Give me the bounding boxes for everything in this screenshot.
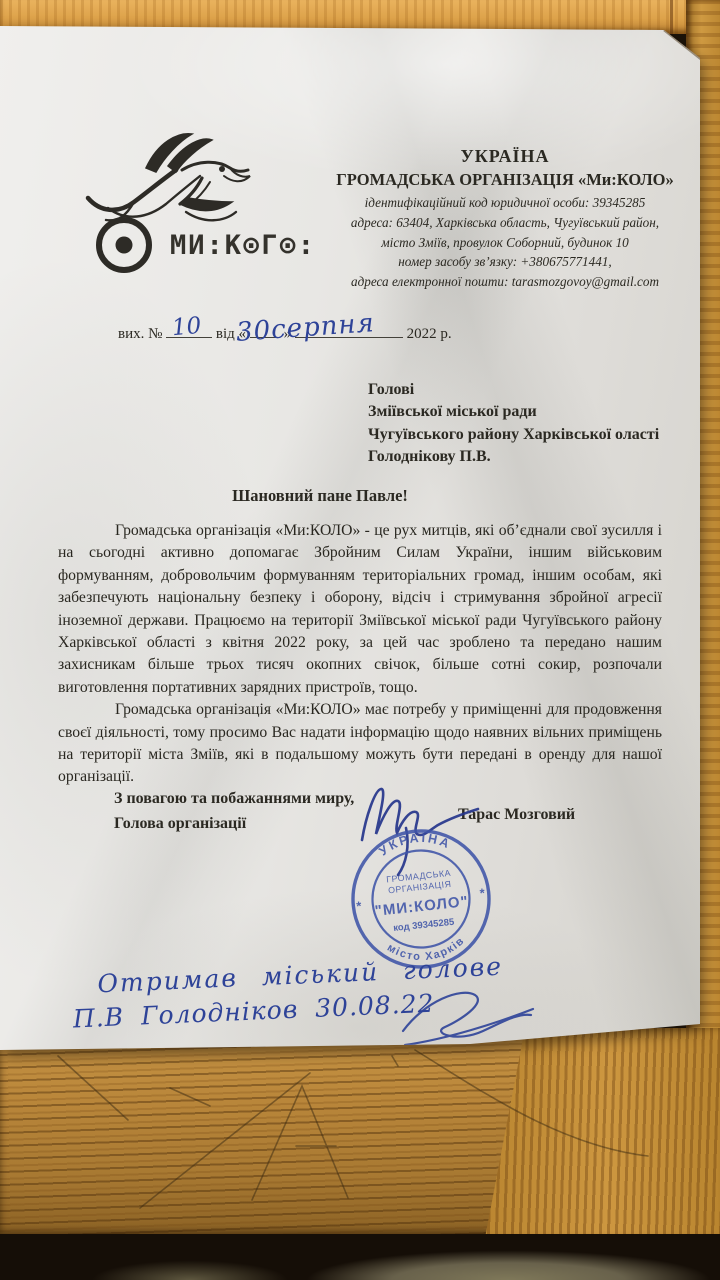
stamp-arc-top-text: УКРАЇНА (375, 827, 455, 860)
handwritten-ref-number: 10 (171, 313, 202, 341)
photo-of-letter-on-table: МИ:К⊙Г⊙: УКРАЇНА ГРОМАДСЬКА ОРГАНІЗАЦІЯ … (0, 0, 720, 1280)
closing-title: Голова організації (114, 811, 354, 836)
stamp-star-right: * (479, 885, 487, 901)
paper-fold-corner (652, 26, 706, 64)
org-logo-runic-text: МИ:К⊙Г⊙: (170, 230, 316, 261)
handwritten-date: 30серпня (235, 308, 376, 348)
letterhead-detail-line: ідентифікаційний код юридичної особи: 39… (298, 193, 712, 213)
reference-line: вих. № 10 від « 30серпня » 2022 р. (118, 322, 452, 343)
stamp-name: "МИ:КОЛО" (374, 893, 469, 920)
letterhead-detail-line: номер засобу зв’язку: +380675771441, (298, 252, 712, 272)
svg-text:УКРАЇНА: УКРАЇНА (375, 827, 455, 860)
fabric-under-table (250, 1242, 720, 1280)
stamp-code: код 39345285 (393, 917, 456, 934)
addressee-line: Чугуївського району Харківської оласті (368, 424, 659, 446)
letterhead-detail-line: адреса: 63404, Харківська область, Чугуї… (298, 213, 712, 233)
closing-block: З повагою та побажаннями миру, Голова ор… (114, 786, 354, 836)
letterhead-detail-line: місто Зміїв, провулок Соборний, будинок … (298, 233, 712, 253)
body-paragraph: Громадська організація «Ми:КОЛО» - це ру… (58, 520, 662, 699)
letterhead: УКРАЇНА ГРОМАДСЬКА ОРГАНІЗАЦІЯ «Ми:КОЛО»… (298, 146, 712, 292)
received-note-signature-flourish (395, 985, 545, 1055)
closing-regards: З повагою та побажаннями миру, (114, 786, 354, 811)
ref-label: вих. № (118, 326, 162, 342)
salutation: Шановний пане Павле! (0, 486, 640, 506)
fabric-under-table-left (60, 1254, 320, 1280)
letterhead-org-name: ГРОМАДСЬКА ОРГАНІЗАЦІЯ «Ми:КОЛО» (298, 170, 712, 190)
ref-number-blank: 10 (166, 322, 212, 338)
table-edge-shadow (0, 1234, 720, 1280)
letterhead-country: УКРАЇНА (298, 146, 712, 167)
stamp-star-left: * (356, 898, 364, 914)
addressee-line: Голові (368, 379, 659, 401)
letterhead-detail-line: адреса електронної пошти: tarasmozgovoy@… (298, 272, 712, 292)
ref-year: 2022 р. (407, 326, 452, 342)
addressee-block: Голові Зміївської міської ради Чугуївськ… (368, 379, 659, 469)
letter-body: Громадська організація «Ми:КОЛО» - це ру… (58, 520, 662, 789)
letterhead-details: ідентифікаційний код юридичної особи: 39… (298, 193, 712, 292)
letter-paper: МИ:К⊙Г⊙: УКРАЇНА ГРОМАДСЬКА ОРГАНІЗАЦІЯ … (0, 0, 720, 1070)
addressee-line: Зміївської міської ради (368, 401, 659, 423)
ref-day-blank: 30серпня (250, 322, 280, 338)
addressee-line: Голоднікову П.В. (368, 446, 659, 468)
